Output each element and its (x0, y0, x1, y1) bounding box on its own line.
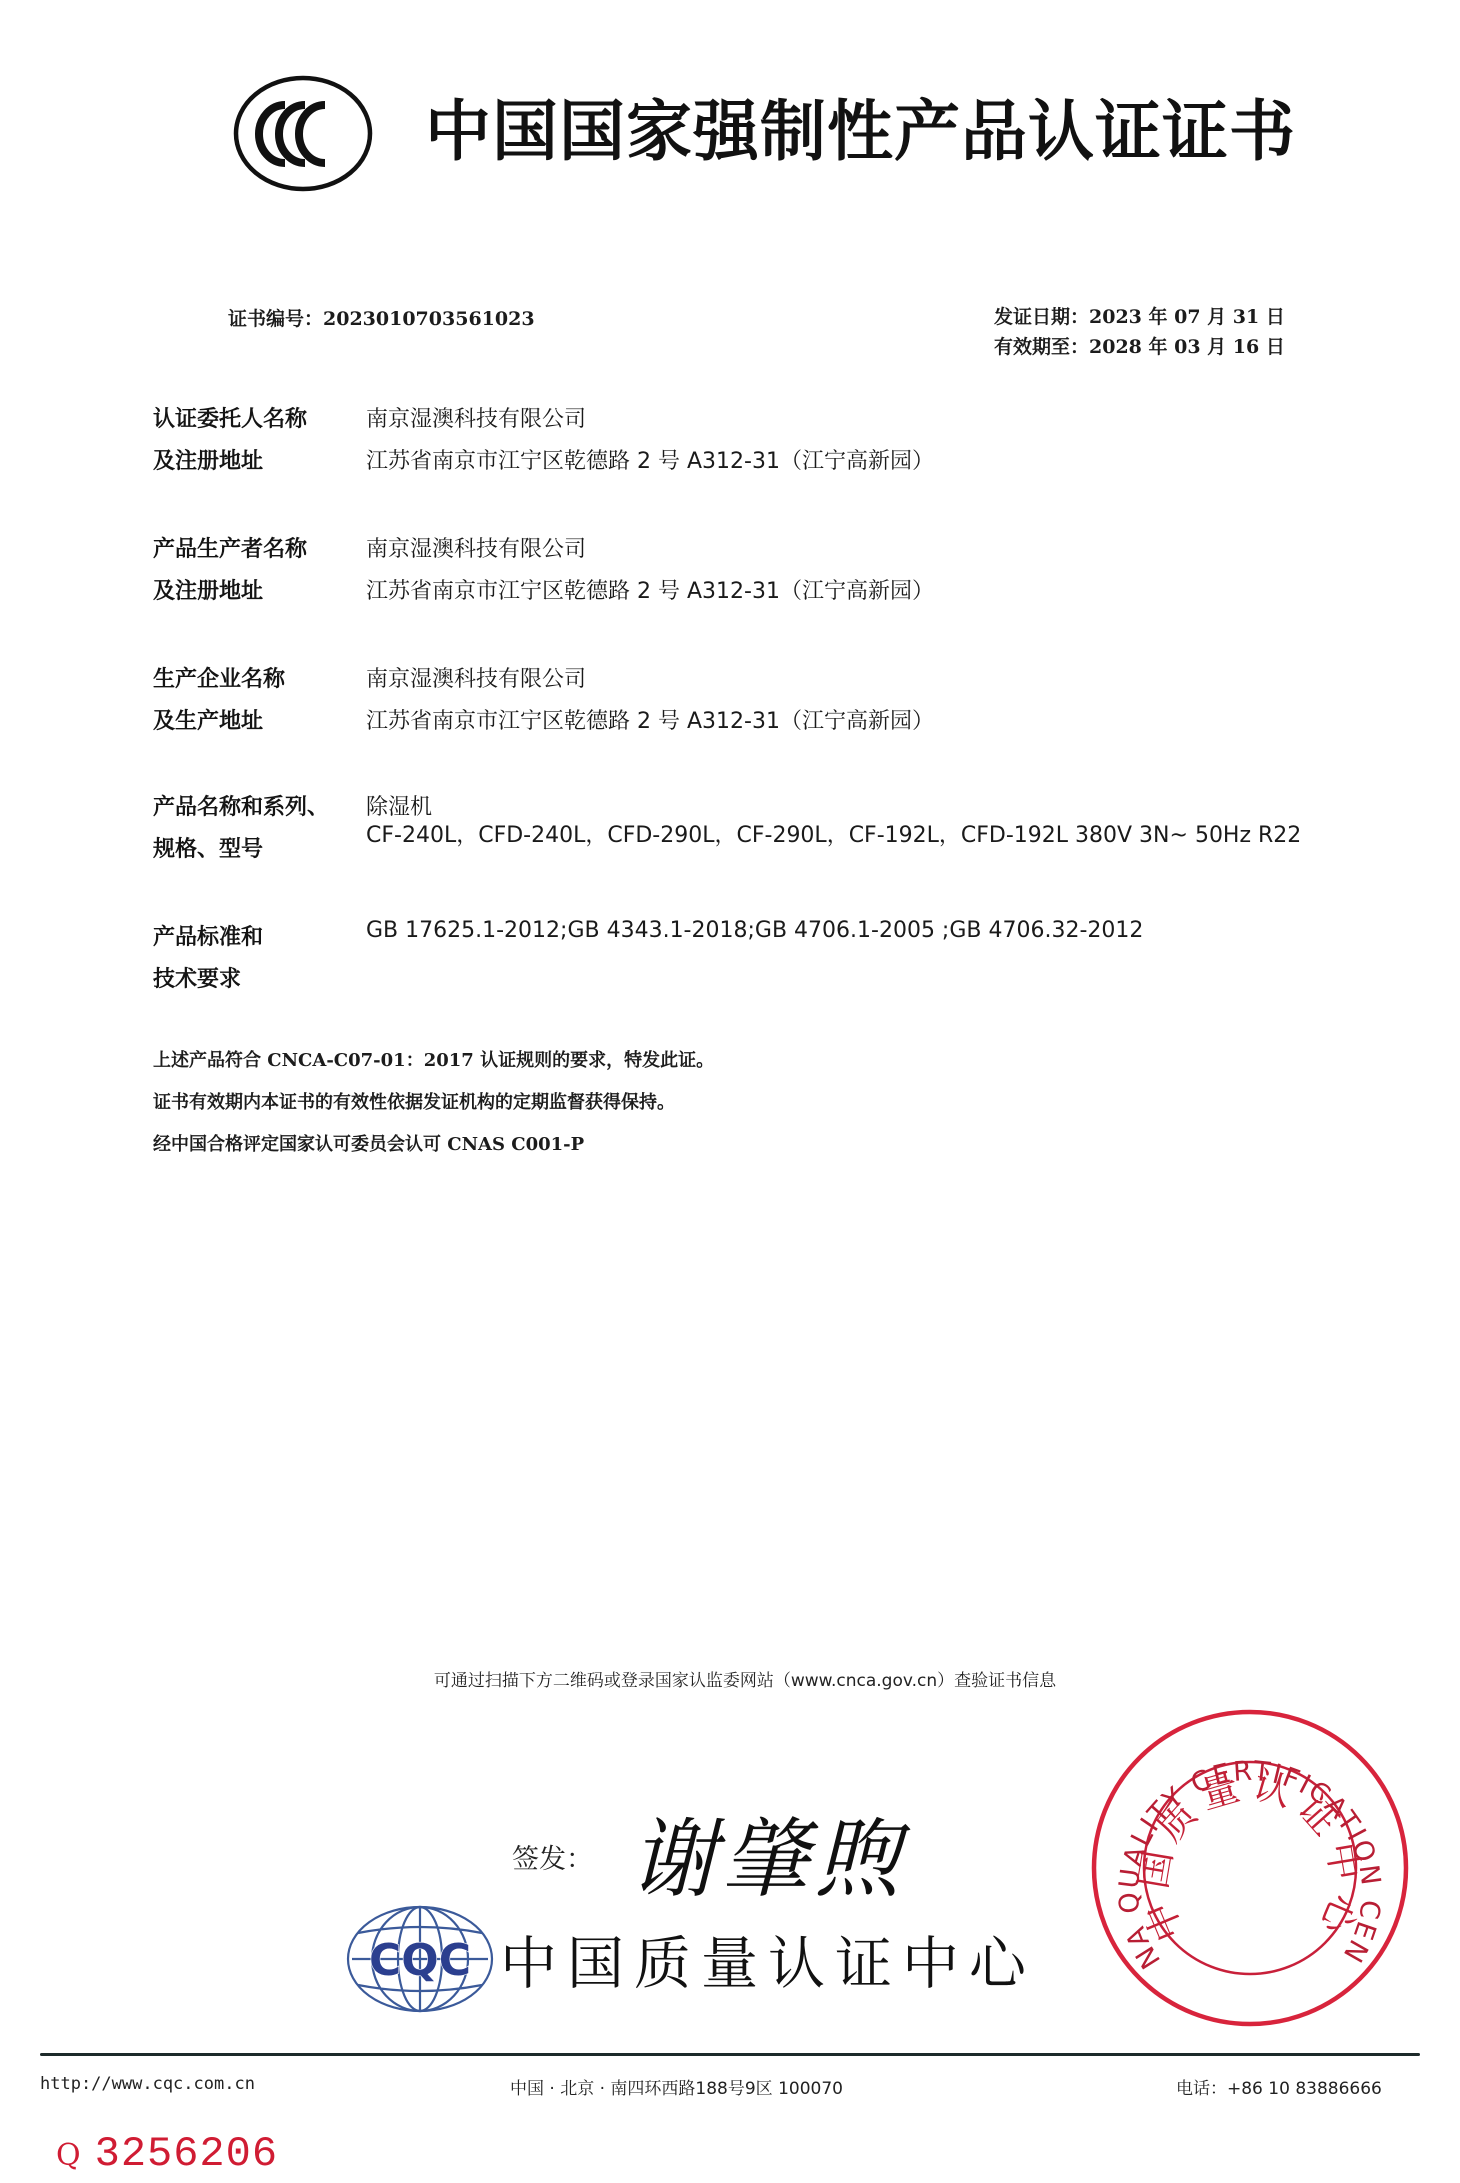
footer-address: 中国 · 北京 · 南四环西路188号9区 100070 (510, 2074, 843, 2099)
applicant-label: 认证委托人名称 (153, 402, 307, 433)
standards-label-2: 技术要求 (153, 962, 241, 993)
issue-date-label: 发证日期： (994, 306, 1089, 328)
factory-name: 南京湿澳科技有限公司 (366, 662, 586, 693)
statement-validity: 证书有效期内本证书的有效性依据发证机构的定期监督获得保持。 (153, 1088, 675, 1114)
signature: 谢肇煦 (630, 1790, 906, 1914)
issuer-name: 中国质量认证中心 (500, 1918, 1036, 2000)
certificate-number: 证书编号：2023010703561023 (228, 304, 535, 331)
certificate-title: 中国国家强制性产品认证证书 (425, 92, 1296, 172)
manufacturer-address-label: 及注册地址 (153, 574, 263, 605)
product-model-label: 规格、型号 (153, 832, 263, 863)
manufacturer-name: 南京湿澳科技有限公司 (366, 532, 586, 563)
issue-date: 发证日期：2023 年 07 月 31 日 (994, 302, 1285, 329)
serial-number: Q3256206 (56, 2130, 278, 2178)
manufacturer-label: 产品生产者名称 (153, 532, 307, 563)
factory-address: 江苏省南京市江宁区乾德路 2 号 A312-31（江宁高新园） (366, 704, 934, 735)
applicant-address: 江苏省南京市江宁区乾德路 2 号 A312-31（江宁高新园） (366, 444, 934, 475)
certificate-number-value: 2023010703561023 (323, 308, 535, 330)
serial-value: 3256206 (95, 2130, 278, 2178)
standards-label: 产品标准和 (153, 920, 263, 951)
product-name: 除湿机 (366, 790, 432, 821)
product-models: CF-240L，CFD-240L，CFD-290L，CF-290L，CF-192… (366, 818, 1301, 849)
manufacturer-address: 江苏省南京市江宁区乾德路 2 号 A312-31（江宁高新园） (366, 574, 934, 605)
applicant-name: 南京湿澳科技有限公司 (366, 402, 586, 433)
official-seal-icon: CHINA QUALITY CERTIFICATION CENTRE 中国质量认… (1088, 1706, 1412, 2030)
verification-note: 可通过扫描下方二维码或登录国家认监委网站（www.cnca.gov.cn）查验证… (0, 1666, 1460, 1691)
cqc-logo-text: CQC (369, 1935, 471, 1986)
factory-label: 生产企业名称 (153, 662, 285, 693)
applicant-address-label: 及注册地址 (153, 444, 263, 475)
footer-url: http://www.cqc.com.cn (40, 2074, 255, 2094)
footer-divider (40, 2053, 1420, 2056)
statement-compliance: 上述产品符合 CNCA-C07-01：2017 认证规则的要求，特发此证。 (153, 1046, 714, 1072)
factory-address-label: 及生产地址 (153, 704, 263, 735)
certificate-number-label: 证书编号： (228, 308, 323, 330)
expiry-date: 有效期至：2028 年 03 月 16 日 (994, 332, 1285, 359)
signature-label: 签发： (512, 1837, 593, 1876)
serial-prefix: Q (56, 2138, 81, 2173)
expiry-date-label: 有效期至： (994, 336, 1089, 358)
footer-phone: 电话：+86 10 83886666 (1176, 2074, 1382, 2099)
cqc-globe-logo-icon: CQC (344, 1903, 496, 2015)
product-label: 产品名称和系列、 (153, 790, 329, 821)
expiry-date-value: 2028 年 03 月 16 日 (1089, 336, 1285, 358)
statement-accreditation: 经中国合格评定国家认可委员会认可 CNAS C001-P (153, 1130, 584, 1156)
ccc-logo-icon (233, 75, 373, 192)
standards-value: GB 17625.1-2012;GB 4343.1-2018;GB 4706.1… (366, 918, 1143, 943)
issue-date-value: 2023 年 07 月 31 日 (1089, 306, 1285, 328)
